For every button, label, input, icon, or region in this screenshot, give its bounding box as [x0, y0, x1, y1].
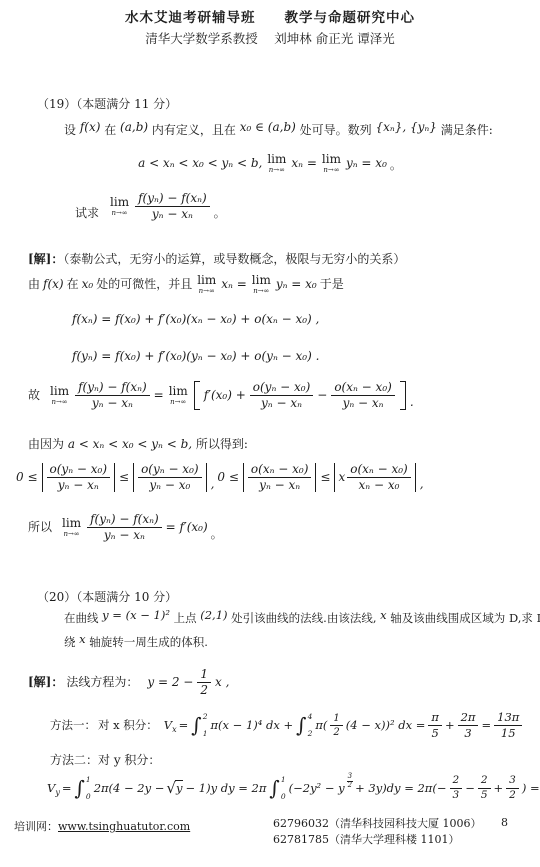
- math-run: =: [62, 781, 72, 796]
- math-run: +: [445, 718, 455, 733]
- absolute-value-group: o(xₙ − x₀)yₙ − xₙ: [243, 463, 316, 492]
- fraction-denominator: 2: [330, 726, 342, 738]
- fraction-numerator: 3: [506, 775, 519, 789]
- math-run: a < xₙ < x₀ < yₙ < b,: [68, 437, 192, 451]
- integral-sign: ∫: [74, 778, 84, 798]
- math-run: π(: [315, 718, 327, 733]
- footer-phone-1: 62796032（清华科技园科技大厦 1006）: [273, 817, 481, 831]
- math-run: ) =: [522, 781, 540, 796]
- q20-vy-formula: Vy = ∫10 2π(4 − 2y − √y − 1)y dy = 2π ∫1…: [47, 774, 540, 802]
- fraction-denominator: xₙ − x₀: [356, 478, 403, 492]
- lim-subscript: n→∞: [269, 167, 285, 174]
- math-run: (a,b): [120, 120, 148, 136]
- square-root-group: √y: [166, 780, 183, 796]
- absolute-value-group: xo(xₙ − x₀)xₙ − x₀: [334, 463, 415, 492]
- q20-problem-text-line2: 绕 x 轴旋转一周生成的体积.: [64, 635, 208, 650]
- footer-website-link[interactable]: www.tsinghuatutor.com: [58, 820, 190, 833]
- fraction: 13π15: [494, 711, 522, 739]
- fraction-denominator: yₙ − xₙ: [256, 478, 303, 492]
- upper-bound: 4: [308, 713, 313, 721]
- q19-squeeze-bounds-formula: 0 ≤ o(yₙ − x₀)yₙ − xₙ ≤ o(yₙ − x₀)yₙ − x…: [16, 463, 424, 492]
- text-run: 处引该曲线的法线.由该法线,: [228, 611, 381, 625]
- fraction-denominator: 2: [506, 789, 519, 802]
- math-run: −: [465, 781, 475, 796]
- lower-bound: 2: [308, 730, 313, 738]
- text-run: 对 x 积分：: [98, 718, 158, 733]
- fraction: f(yₙ) − f(xₙ)yₙ − xₙ: [135, 192, 210, 221]
- absolute-value-group: o(yₙ − x₀)yₙ − x₀: [133, 463, 207, 492]
- fraction-denominator: yₙ − xₙ: [101, 528, 148, 542]
- q19-conclusion-formula: 所以 limn→∞ f(yₙ) − f(xₙ)yₙ − xₙ = f′(x₀) …: [28, 513, 223, 542]
- q19-heading: （19）（本题满分 11 分）: [37, 97, 177, 113]
- fraction-denominator: yₙ − xₙ: [258, 396, 305, 410]
- document-title: 水木艾迪考研辅导班 教学与命题研究中心: [0, 10, 540, 28]
- limit-operator: limn→∞: [322, 153, 341, 174]
- text-run: 于是: [320, 277, 344, 293]
- text-run: 轴及该曲线围成区域为 D,求 D: [387, 611, 540, 625]
- fraction-numerator: o(yₙ − x₀): [47, 463, 111, 478]
- q20-method2-label-line: 方法二：对 y 积分：: [50, 753, 160, 769]
- volume-symbol: Vx: [164, 718, 177, 733]
- fraction-numerator: o(xₙ − x₀): [331, 381, 394, 396]
- punctuation: 。: [214, 206, 226, 222]
- lim-subscript: n→∞: [63, 531, 79, 538]
- fraction-numerator: f(yₙ) − f(xₙ): [75, 381, 150, 396]
- fraction-denominator: yₙ − xₙ: [149, 207, 196, 221]
- fraction-denominator: yₙ − x₀: [146, 478, 193, 492]
- math-run: x: [380, 608, 387, 623]
- integral-sign: ∫: [191, 715, 201, 735]
- solution-note: （泰勒公式，无穷小的运算，或导数概念，极限与无穷小的关系）: [63, 252, 405, 266]
- lim-word: lim: [110, 196, 129, 208]
- punctuation: ,: [211, 477, 215, 493]
- math-run: +: [494, 781, 504, 796]
- punctuation: 。: [390, 158, 402, 174]
- method1-label: 方法一：: [50, 718, 96, 733]
- limit-operator: limn→∞: [252, 274, 271, 295]
- integral-operator: ∫10: [269, 776, 285, 800]
- math-run: 0 ≤: [16, 470, 38, 486]
- math-run: x: [79, 632, 86, 647]
- fraction: 12: [330, 713, 342, 738]
- math-run: y = (x − 1)²: [102, 608, 170, 623]
- text-run: 由因为: [28, 437, 68, 451]
- math-run: yₙ = x₀: [276, 277, 317, 293]
- fraction-numerator: 2: [478, 775, 491, 789]
- solution-label: [解]：: [28, 252, 63, 266]
- fraction-numerator: o(xₙ − x₀): [248, 463, 311, 478]
- text-run: 满足条件:: [437, 123, 493, 137]
- volume-symbol: Vy: [47, 781, 60, 796]
- text-run: 在: [100, 123, 120, 137]
- fraction-denominator: 2: [197, 683, 211, 697]
- lim-word: lim: [252, 274, 271, 286]
- document-page: 水木艾迪考研辅导班 教学与命题研究中心 清华大学数学系教授 刘坤林 俞正光 谭泽…: [0, 0, 540, 867]
- q19-setup-text: 设 f(x) 在 (a,b) 内有定义，且在 x₀ ∈ (a,b) 处可导。数列…: [64, 123, 493, 139]
- text-run: 处可导。数列: [296, 123, 376, 137]
- subscript: x: [172, 726, 177, 734]
- q19-inequality-intro: 由因为 a < xₙ < x₀ < yₙ < b, 所以得到:: [28, 437, 248, 453]
- fraction: 32: [506, 775, 519, 801]
- fraction-denominator: 15: [498, 726, 519, 740]
- lower-bound: 0: [281, 793, 286, 801]
- fraction-numerator: 1: [330, 713, 342, 726]
- text-run: 在: [67, 277, 79, 293]
- text-run: 上点: [170, 611, 200, 625]
- punctuation: .: [410, 395, 414, 411]
- limit-operator: limn→∞: [197, 274, 216, 295]
- fraction: o(xₙ − x₀)yₙ − xₙ: [248, 463, 311, 492]
- lim-subscript: n→∞: [253, 288, 269, 295]
- method2-label: 方法二：: [50, 753, 98, 767]
- lim-word: lim: [267, 153, 286, 165]
- fraction-denominator: 3: [461, 726, 474, 740]
- math-run: f(x): [80, 120, 101, 136]
- fraction-denominator: 5: [478, 789, 491, 802]
- math-run: = f′(x₀): [166, 520, 208, 536]
- integral-operator: ∫42: [296, 713, 312, 737]
- page-number: 8: [501, 816, 508, 830]
- integral-operator: ∫10: [74, 776, 90, 800]
- math-run: {xₙ}, {yₙ}: [375, 120, 436, 136]
- footer-website-label: 培训网：: [14, 820, 58, 833]
- fraction-denominator: 5: [429, 726, 442, 740]
- lim-word: lim: [197, 274, 216, 286]
- math-run: x₀: [82, 277, 94, 293]
- footer-phone-2: 62781785（清华大学理科楼 1101）: [273, 833, 459, 847]
- math-run: ≤: [119, 470, 129, 486]
- lim-subscript: n→∞: [51, 399, 67, 406]
- fraction-denominator: yₙ − xₙ: [89, 396, 136, 410]
- fraction: π5: [428, 711, 442, 739]
- integral-bounds: 10: [86, 776, 91, 800]
- fraction: o(xₙ − x₀)yₙ − xₙ: [331, 381, 394, 410]
- text-run: 所以: [28, 520, 52, 536]
- integral-bounds: 21: [203, 713, 208, 737]
- text-run: 设: [64, 123, 80, 137]
- math-run: π(x − 1)⁴ dx +: [210, 718, 293, 733]
- math-run: (4 − x))² dx =: [346, 718, 426, 733]
- fraction: 25: [478, 775, 491, 801]
- text-run: 绕: [64, 635, 79, 649]
- exponent-denominator: 2: [348, 782, 352, 789]
- integral-operator: ∫21: [191, 713, 207, 737]
- math-run: y = 2 −: [147, 675, 193, 691]
- fraction: 2π3: [458, 711, 479, 739]
- text-run: 内有定义，且在: [148, 123, 240, 137]
- math-run: + 3y)dy = 2π(−: [355, 781, 446, 796]
- fraction: o(yₙ − x₀)yₙ − xₙ: [250, 381, 314, 410]
- exponent-fraction: 32: [347, 773, 353, 789]
- math-run: xₙ =: [221, 277, 247, 293]
- math-run: ≤: [320, 470, 330, 486]
- subscript: y: [55, 789, 60, 797]
- fraction-numerator: 2: [450, 775, 463, 789]
- punctuation: ,: [420, 477, 424, 493]
- q19-differentiability-line: 由 f(x) 在 x₀ 处的可微性，并且 limn→∞ xₙ = limn→∞ …: [28, 274, 344, 295]
- right-bracket: [400, 381, 406, 410]
- limit-operator: limn→∞: [267, 153, 286, 174]
- fraction: o(yₙ − x₀)yₙ − xₙ: [47, 463, 111, 492]
- lim-word: lim: [322, 153, 341, 165]
- fraction-numerator: π: [428, 711, 442, 726]
- fraction-numerator: 2π: [458, 711, 479, 726]
- limit-operator: limn→∞: [169, 385, 188, 406]
- math-run: 0 ≤: [217, 470, 239, 486]
- q20-solution-normal-line: [解]： 法线方程为： y = 2 − 12 x ,: [28, 668, 229, 697]
- fraction-numerator: 13π: [494, 711, 522, 726]
- lim-subscript: n→∞: [323, 167, 339, 174]
- footer-website: 培训网：www.tsinghuatutor.com: [14, 820, 190, 834]
- text-run: 轴旋转一周生成的体积.: [86, 635, 208, 649]
- solution-label: [解]：: [28, 675, 63, 691]
- left-bracket: [194, 381, 200, 410]
- lower-bound: 0: [86, 793, 91, 801]
- math-run: −: [317, 388, 327, 404]
- integral-bounds: 42: [308, 713, 313, 737]
- text-run: 处的可微性，并且: [96, 277, 192, 293]
- text-run: 在曲线: [64, 611, 102, 625]
- fraction-denominator: 3: [450, 789, 463, 802]
- upper-bound: 1: [86, 776, 91, 784]
- q19-limit-decomposition-formula: 故 limn→∞ f(yₙ) − f(xₙ)yₙ − xₙ = limn→∞ f…: [28, 381, 414, 410]
- math-run: − 1)y dy = 2π: [185, 781, 266, 796]
- q19-taylor-expansion-2: f(yₙ) = f(x₀) + f′(x₀)(yₙ − x₀) + o(yₙ −…: [72, 349, 319, 365]
- lim-subscript: n→∞: [111, 210, 127, 217]
- integral-bounds: 10: [281, 776, 286, 800]
- fraction-numerator: o(yₙ − x₀): [250, 381, 314, 396]
- q19-solution-line: [解]：（泰勒公式，无穷小的运算，或导数概念，极限与无穷小的关系）: [28, 252, 405, 268]
- fraction: 23: [450, 775, 463, 801]
- q19-taylor-expansion-1: f(xₙ) = f(x₀) + f′(x₀)(xₙ − x₀) + o(xₙ −…: [72, 312, 319, 328]
- math-run: (−2y² − y: [289, 781, 345, 796]
- math-run: (2,1): [200, 608, 227, 623]
- q20-method1-line: 方法一： 对 x 积分： Vx = ∫21 π(x − 1)⁴ dx + ∫42…: [50, 711, 523, 739]
- fraction: f(yₙ) − f(xₙ)yₙ − xₙ: [75, 381, 150, 410]
- q19-condition-formula: a < xₙ < x₀ < yₙ < b, limn→∞ xₙ = limn→∞…: [0, 153, 540, 174]
- math-run: f′(x₀) +: [204, 388, 246, 404]
- absolute-value-group: o(yₙ − x₀)yₙ − xₙ: [42, 463, 116, 492]
- math-run: 2π(4 − 2y −: [94, 781, 165, 796]
- integral-sign: ∫: [269, 778, 279, 798]
- q20-heading: （20）（本题满分 10 分）: [37, 590, 177, 606]
- integral-sign: ∫: [296, 715, 306, 735]
- ask-label: 试求: [75, 206, 99, 222]
- q20-problem-text-line1: 在曲线 y = (x − 1)² 上点 (2,1) 处引该曲线的法线.由该法线,…: [64, 611, 540, 626]
- text-run: 法线方程为：: [66, 675, 138, 691]
- upper-bound: 2: [203, 713, 208, 721]
- text-run: 由: [28, 277, 40, 293]
- lim-word: lim: [62, 517, 81, 529]
- fraction-numerator: 1: [197, 668, 211, 683]
- lower-bound: 1: [203, 730, 208, 738]
- math-run: x₀ ∈ (a,b): [240, 120, 296, 136]
- math-run: yₙ = x₀: [346, 156, 387, 172]
- fraction-numerator: f(yₙ) − f(xₙ): [87, 513, 162, 528]
- fraction: o(yₙ − x₀)yₙ − x₀: [138, 463, 202, 492]
- radicand: y: [175, 780, 184, 796]
- math-run: xₙ =: [291, 156, 317, 172]
- text-run: 故: [28, 388, 40, 404]
- math-run: x: [338, 470, 345, 486]
- limit-operator: limn→∞: [62, 517, 81, 538]
- fraction-numerator: o(yₙ − x₀): [138, 463, 202, 478]
- limit-operator: limn→∞: [50, 385, 69, 406]
- fraction-numerator: o(xₙ − x₀): [347, 463, 410, 478]
- math-run: x ,: [215, 675, 229, 691]
- math-run: =: [179, 718, 189, 733]
- document-subtitle: 清华大学数学系教授 刘坤林 俞正光 谭泽光: [0, 31, 540, 47]
- punctuation: 。: [211, 527, 223, 543]
- fraction-denominator: yₙ − xₙ: [340, 396, 387, 410]
- math-run: V: [47, 781, 55, 796]
- fraction: 12: [197, 668, 211, 697]
- q19-target-limit-formula: 试求 limn→∞ f(yₙ) − f(xₙ)yₙ − xₙ 。: [75, 192, 226, 221]
- fraction: o(xₙ − x₀)xₙ − x₀: [347, 463, 410, 492]
- math-run: =: [154, 388, 164, 404]
- upper-bound: 1: [281, 776, 286, 784]
- fraction-numerator: f(yₙ) − f(xₙ): [135, 192, 210, 207]
- math-run: =: [481, 718, 491, 733]
- math-run: f(x): [43, 277, 64, 293]
- text-run: 对 y 积分：: [98, 753, 160, 767]
- lim-subscript: n→∞: [170, 399, 186, 406]
- limit-operator: limn→∞: [110, 196, 129, 217]
- fraction: f(yₙ) − f(xₙ)yₙ − xₙ: [87, 513, 162, 542]
- fraction-denominator: yₙ − xₙ: [55, 478, 102, 492]
- math-run: a < xₙ < x₀ < yₙ < b,: [138, 156, 262, 172]
- lim-subscript: n→∞: [199, 288, 215, 295]
- math-run: V: [164, 718, 172, 733]
- lim-word: lim: [169, 385, 188, 397]
- text-run: 所以得到:: [192, 437, 248, 451]
- lim-word: lim: [50, 385, 69, 397]
